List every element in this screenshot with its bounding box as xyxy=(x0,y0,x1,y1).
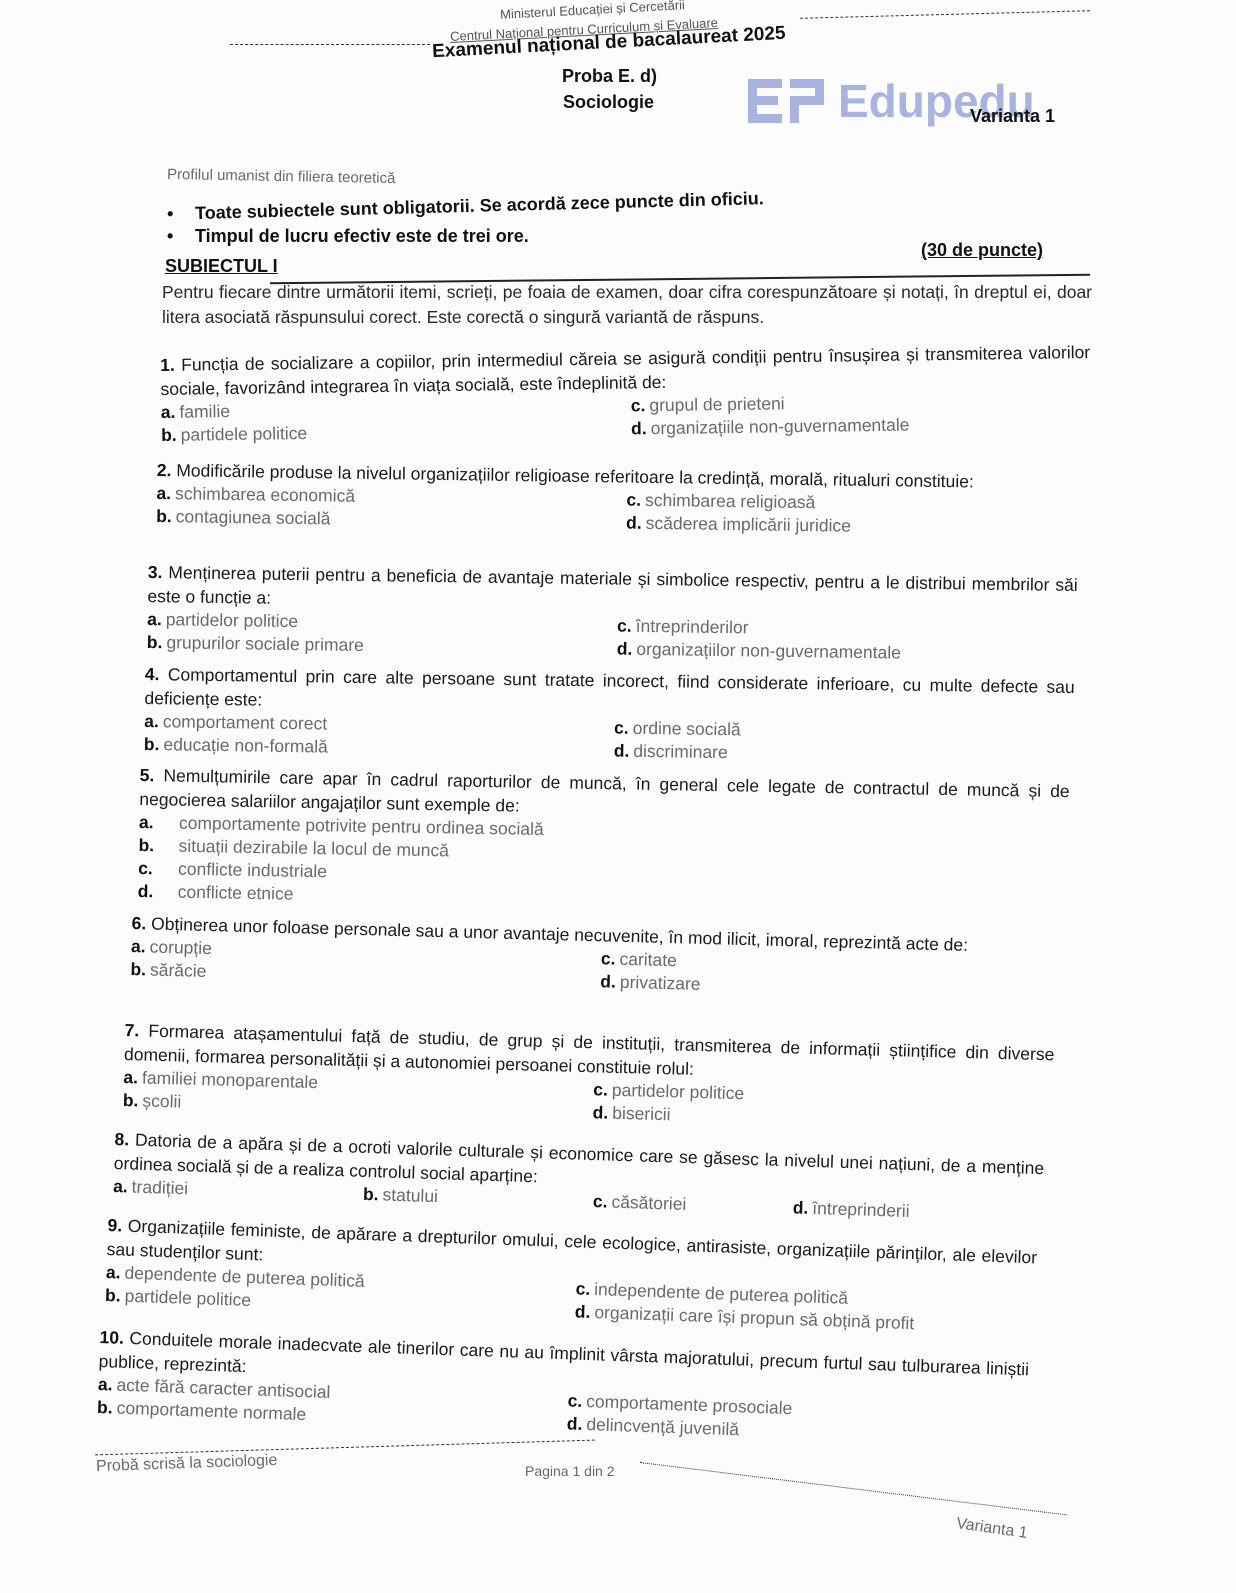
footer-right: Varianta 1 xyxy=(955,1515,1029,1543)
option-letter: c. xyxy=(614,718,629,738)
option-letter: c. xyxy=(138,857,174,881)
option-text: partidelor politice xyxy=(166,609,299,631)
question-number: 6. xyxy=(131,913,146,933)
option-text: corupție xyxy=(149,936,212,958)
option-text: tradiției xyxy=(131,1177,188,1199)
option-text: partidele politice xyxy=(181,423,308,445)
question-text: Nemulțumirile care apar în cadrul raport… xyxy=(139,765,1070,815)
footer-page: Pagina 1 din 2 xyxy=(525,1463,615,1479)
option-letter: c. xyxy=(631,395,646,415)
option-letter: b. xyxy=(97,1397,113,1418)
option-text: comportamente normale xyxy=(116,1398,306,1425)
footer-rule-right xyxy=(640,1462,1067,1515)
subject-label: Sociologie xyxy=(563,92,654,113)
option-text: schimbarea religioasă xyxy=(645,490,815,512)
option-text: situații dezirabile la locul de muncă xyxy=(178,836,449,861)
option-letter: b. xyxy=(363,1184,379,1204)
option-text: partidele politice xyxy=(124,1286,251,1310)
option-letter: c. xyxy=(575,1278,590,1298)
proba-label: Proba E. d) xyxy=(562,66,657,87)
option-letter: b. xyxy=(138,834,174,858)
option-text: școlii xyxy=(142,1090,181,1111)
option-letter: a. xyxy=(123,1067,138,1087)
question-6: 6. Obținerea unor foloase personale sau … xyxy=(130,911,1062,1005)
option-text: privatizare xyxy=(620,972,701,994)
option-text: scăderea implicării juridice xyxy=(646,513,851,536)
header-rule-right xyxy=(800,10,1090,19)
option-letter: c. xyxy=(617,616,632,636)
option-letter: d. xyxy=(631,418,647,438)
option-letter: b. xyxy=(161,425,177,445)
option-text: sărăcie xyxy=(150,959,207,980)
option-letter: a. xyxy=(131,936,146,956)
question-number: 4. xyxy=(145,664,160,684)
option-letter: c. xyxy=(626,490,641,510)
option-text: întreprinderii xyxy=(812,1198,910,1221)
option-letter: d. xyxy=(614,741,630,761)
option-text: grupurilor sociale primare xyxy=(166,632,364,655)
option-text: delincvență juvenilă xyxy=(586,1414,739,1439)
option-letter: c. xyxy=(567,1390,582,1410)
option-text: educație non-formală xyxy=(163,734,328,756)
option-text: organizațiilor non-guvernamentale xyxy=(636,639,901,663)
question-number: 7. xyxy=(124,1020,139,1040)
option-text: comportament corect xyxy=(163,711,328,733)
answer-options: a.comportamente potrivite pentru ordinea… xyxy=(138,811,1069,919)
instruction-1: •Toate subiectele sunt obligatorii. Se a… xyxy=(167,188,764,225)
question-number: 9. xyxy=(107,1215,122,1235)
question-1: 1. Funcția de socializare a copiilor, pr… xyxy=(160,340,1091,447)
option-letter: b. xyxy=(147,632,163,652)
option-letter: b. xyxy=(105,1285,121,1306)
option-letter: d. xyxy=(792,1197,808,1217)
option-letter: a. xyxy=(139,811,175,835)
section-intro: Pentru fiecare dintre următorii itemi, s… xyxy=(162,280,1092,330)
option-text: schimbarea economică xyxy=(175,483,355,506)
section-title: SUBIECTUL I xyxy=(165,256,278,277)
option-letter: c. xyxy=(593,1191,608,1211)
option-letter: a. xyxy=(113,1176,128,1196)
question-number: 1. xyxy=(160,355,175,375)
section-points: (30 de puncte) xyxy=(921,240,1043,261)
option-letter: b. xyxy=(123,1090,139,1110)
option-text: familiei monoparentale xyxy=(142,1067,319,1092)
profile-label: Profilul umanist din filiera teoretică xyxy=(167,166,396,187)
option-letter: c. xyxy=(601,948,616,968)
question-4: 4. Comportamentul prin care alte persoan… xyxy=(144,662,1075,769)
variant-label: Varianta 1 xyxy=(970,106,1055,127)
option-letter: b. xyxy=(144,734,160,754)
answer-option: c.căsătoriei xyxy=(593,1190,794,1219)
option-text: partidelor politice xyxy=(612,1080,745,1103)
question-text: Conduitele morale inadecvate ale tineril… xyxy=(98,1328,1029,1379)
question-number: 5. xyxy=(140,765,155,785)
option-text: caritate xyxy=(619,949,677,970)
question-number: 3. xyxy=(148,562,163,582)
question-text: Comportamentul prin care alte persoane s… xyxy=(144,664,1075,709)
option-text: bisericii xyxy=(612,1103,671,1125)
option-letter: a. xyxy=(147,609,162,629)
question-number: 2. xyxy=(157,460,172,480)
option-letter: a. xyxy=(106,1262,121,1282)
option-letter: a. xyxy=(144,711,159,731)
question-text: Menținerea puterii pentru a beneficia de… xyxy=(147,562,1078,607)
option-letter: d. xyxy=(617,639,633,659)
question-text: Organizațiile feministe, de apărare a dr… xyxy=(106,1216,1037,1268)
option-text: conflicte etnice xyxy=(178,882,294,904)
question-7: 7. Formarea atașamentului față de studiu… xyxy=(123,1018,1055,1136)
footer-rule-left xyxy=(95,1440,595,1456)
edupedu-logo-icon xyxy=(748,79,826,123)
option-letter: d. xyxy=(600,971,616,991)
option-letter: d. xyxy=(626,513,642,533)
option-letter: d. xyxy=(575,1301,591,1322)
footer-left: Probă scrisă la sociologie xyxy=(96,1452,278,1476)
option-letter: b. xyxy=(130,959,146,979)
question-text: Datoria de a apăra și de a ocroti valori… xyxy=(114,1130,1045,1187)
instruction-2: •Timpul de lucru efectiv este de trei or… xyxy=(167,226,529,247)
option-letter: d. xyxy=(567,1413,583,1434)
option-text: căsătoriei xyxy=(611,1192,686,1214)
question-3: 3. Menținerea puterii pentru a beneficia… xyxy=(147,560,1078,667)
question-10: 10. Conduitele morale inadecvate ale tin… xyxy=(97,1325,1030,1451)
question-number: 8. xyxy=(114,1129,129,1149)
question-8: 8. Datoria de a apăra și de a ocroti val… xyxy=(113,1127,1045,1227)
header-rule-left xyxy=(230,44,430,45)
option-letter: a. xyxy=(98,1374,113,1394)
option-text: ordine socială xyxy=(633,718,741,740)
option-letter: c. xyxy=(593,1079,608,1099)
question-number: 10. xyxy=(99,1327,124,1348)
exam-body: Pentru fiecare dintre următorii itemi, s… xyxy=(162,280,1092,330)
option-letter: d. xyxy=(592,1102,608,1122)
question-9: 9. Organizațiile feministe, de apărare a… xyxy=(105,1213,1038,1339)
option-text: organizațiile non-guvernamentale xyxy=(651,415,910,439)
option-letter: a. xyxy=(156,483,171,503)
option-text: discriminare xyxy=(633,741,728,762)
option-text: statului xyxy=(382,1184,438,1206)
question-5: 5. Nemulțumirile care apar în cadrul rap… xyxy=(138,763,1070,919)
option-text: contagiunea socială xyxy=(176,506,331,528)
option-letter: b. xyxy=(156,506,172,526)
option-text: întreprinderilor xyxy=(636,616,749,638)
question-2: 2. Modificările produse la nivelul organ… xyxy=(156,458,1087,541)
option-text: familie xyxy=(179,401,230,422)
option-letter: d. xyxy=(138,880,174,904)
option-letter: a. xyxy=(161,402,176,422)
option-text: conflicte industriale xyxy=(178,859,327,882)
option-text: grupul de prieteni xyxy=(649,393,785,415)
